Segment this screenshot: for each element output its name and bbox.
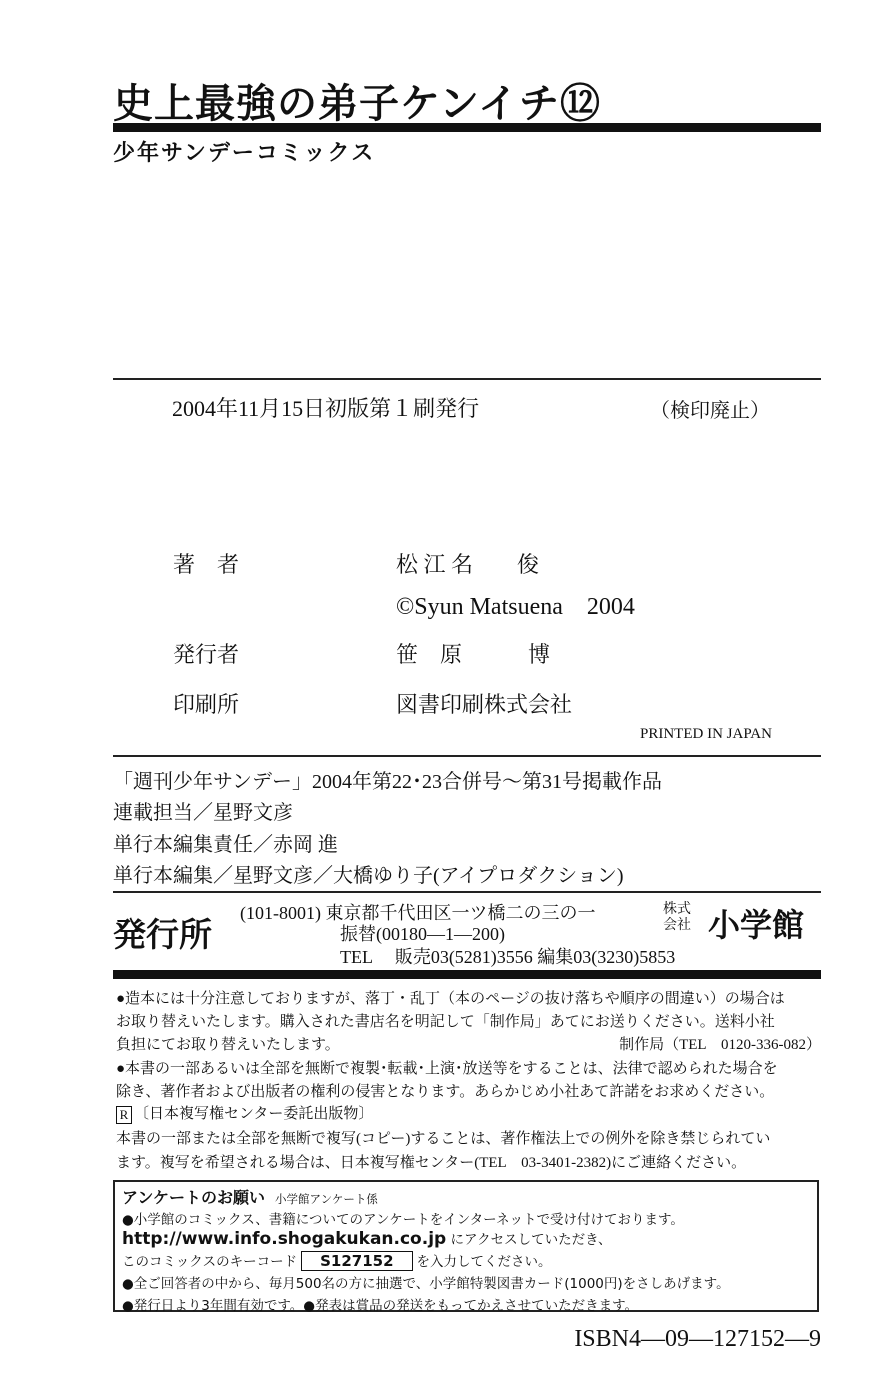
publisher-tel: TEL 販売03(5281)3556 編集03(3230)5853 bbox=[340, 943, 675, 969]
jrrc-notice-2: ます。複写を希望される場合は、日本複写権センター(TEL 03-3401-238… bbox=[116, 1151, 746, 1172]
survey-url-suffix: にアクセスしていただき、 bbox=[446, 1232, 611, 1248]
survey-title: アンケートのお願い bbox=[122, 1188, 265, 1207]
header-rule bbox=[113, 123, 821, 132]
company-type: 株式 会社 bbox=[663, 902, 691, 934]
survey-dept: 小学館アンケート係 bbox=[275, 1192, 378, 1206]
copyright-notice-1: ●本書の一部あるいは全部を無断で複製･転載･上演･放送等をすることは、法律で認め… bbox=[116, 1057, 778, 1078]
author-label: 著 者 bbox=[173, 548, 239, 579]
survey-line-5: ●発行日より3年間有効です。●発表は賞品の発送をもってかえさせていただきます。 bbox=[122, 1294, 638, 1314]
series-label: 少年サンデーコミックス bbox=[113, 136, 375, 167]
copyright-notice-2: 除き、著作者および出版者の権利の侵害となります。あらかじめ小社あて許諾をお求めく… bbox=[116, 1080, 774, 1101]
key-code-prefix: このコミックスのキーコード bbox=[122, 1254, 297, 1270]
survey-url-line: http://www.info.shogakukan.co.jp にアクセスして… bbox=[122, 1228, 612, 1249]
serial-editor: 連載担当／星野文彦 bbox=[113, 796, 293, 825]
isbn: ISBN4—09—127152—9 bbox=[574, 1326, 821, 1353]
jrrc-mark-icon: R bbox=[116, 1106, 132, 1124]
serial-info: 「週刊少年サンデー」2004年第22･23合併号〜第31号掲載作品 bbox=[113, 765, 662, 794]
publication-date: 2004年11月15日初版第１刷発行 bbox=[172, 392, 479, 423]
survey-heading: アンケートのお願い小学館アンケート係 bbox=[122, 1185, 378, 1208]
defect-notice-3: 負担にてお取り替えいたします。 bbox=[116, 1033, 340, 1054]
jrrc-label-line: R〔日本複写権センター委託出版物〕 bbox=[116, 1102, 373, 1124]
book-title: 史上最強の弟子ケンイチ⑫ bbox=[113, 72, 601, 129]
jrrc-notice-1: 本書の一部または全部を無断で複写(コピー)することは、著作権法上での例外を除き禁… bbox=[116, 1127, 770, 1148]
key-code: S127152 bbox=[301, 1251, 412, 1271]
publisher-label: 発行所 bbox=[113, 909, 212, 956]
publisher-name: 小学館 bbox=[708, 900, 804, 946]
edition-top-rule bbox=[113, 378, 821, 380]
survey-key-line: このコミックスのキーコードS127152を入力してください。 bbox=[122, 1250, 552, 1271]
volume-editors: 単行本編集／星野文彦／大橋ゆり子(アイプロダクション) bbox=[113, 859, 624, 888]
printer-name: 図書印刷株式会社 bbox=[396, 688, 572, 719]
publisher-person-label: 発行者 bbox=[173, 638, 239, 669]
copyright-line: ©Syun Matsuena 2004 bbox=[396, 586, 635, 621]
printer-label: 印刷所 bbox=[173, 688, 239, 719]
publisher-person-name: 笹 原 博 bbox=[396, 638, 550, 669]
volume-chief-editor: 単行本編集責任／赤岡 進 bbox=[113, 828, 338, 857]
serial-top-rule bbox=[113, 755, 821, 757]
key-code-suffix: を入力してください。 bbox=[417, 1254, 552, 1270]
defect-notice-2: お取り替えいたします。購入された書店名を明記して「制作局」あてにお送りください。… bbox=[116, 1010, 775, 1031]
survey-line-4: ●全ご回答者の中から、毎月500名の方に抽選で、小学館特製図書カード(1000円… bbox=[122, 1272, 730, 1292]
survey-url-link[interactable]: http://www.info.shogakukan.co.jp bbox=[122, 1229, 446, 1249]
author-name: 松 江 名 俊 bbox=[396, 548, 539, 579]
printed-in-japan: PRINTED IN JAPAN bbox=[640, 726, 772, 743]
publisher-rule bbox=[113, 970, 821, 979]
production-contact: 制作局（TEL 0120-336-082） bbox=[619, 1033, 821, 1054]
defect-notice-1: ●造本には十分注意しておりますが、落丁・乱丁（本のページの抜け落ちや順序の間違い… bbox=[116, 987, 785, 1008]
survey-line-1: ●小学館のコミックス、書籍についてのアンケートをインターネットで受け付けておりま… bbox=[122, 1208, 684, 1228]
jrrc-label: 〔日本複写権センター委託出版物〕 bbox=[134, 1106, 373, 1122]
serial-bottom-rule bbox=[113, 891, 821, 893]
seal-note: （検印廃止） bbox=[650, 394, 770, 423]
